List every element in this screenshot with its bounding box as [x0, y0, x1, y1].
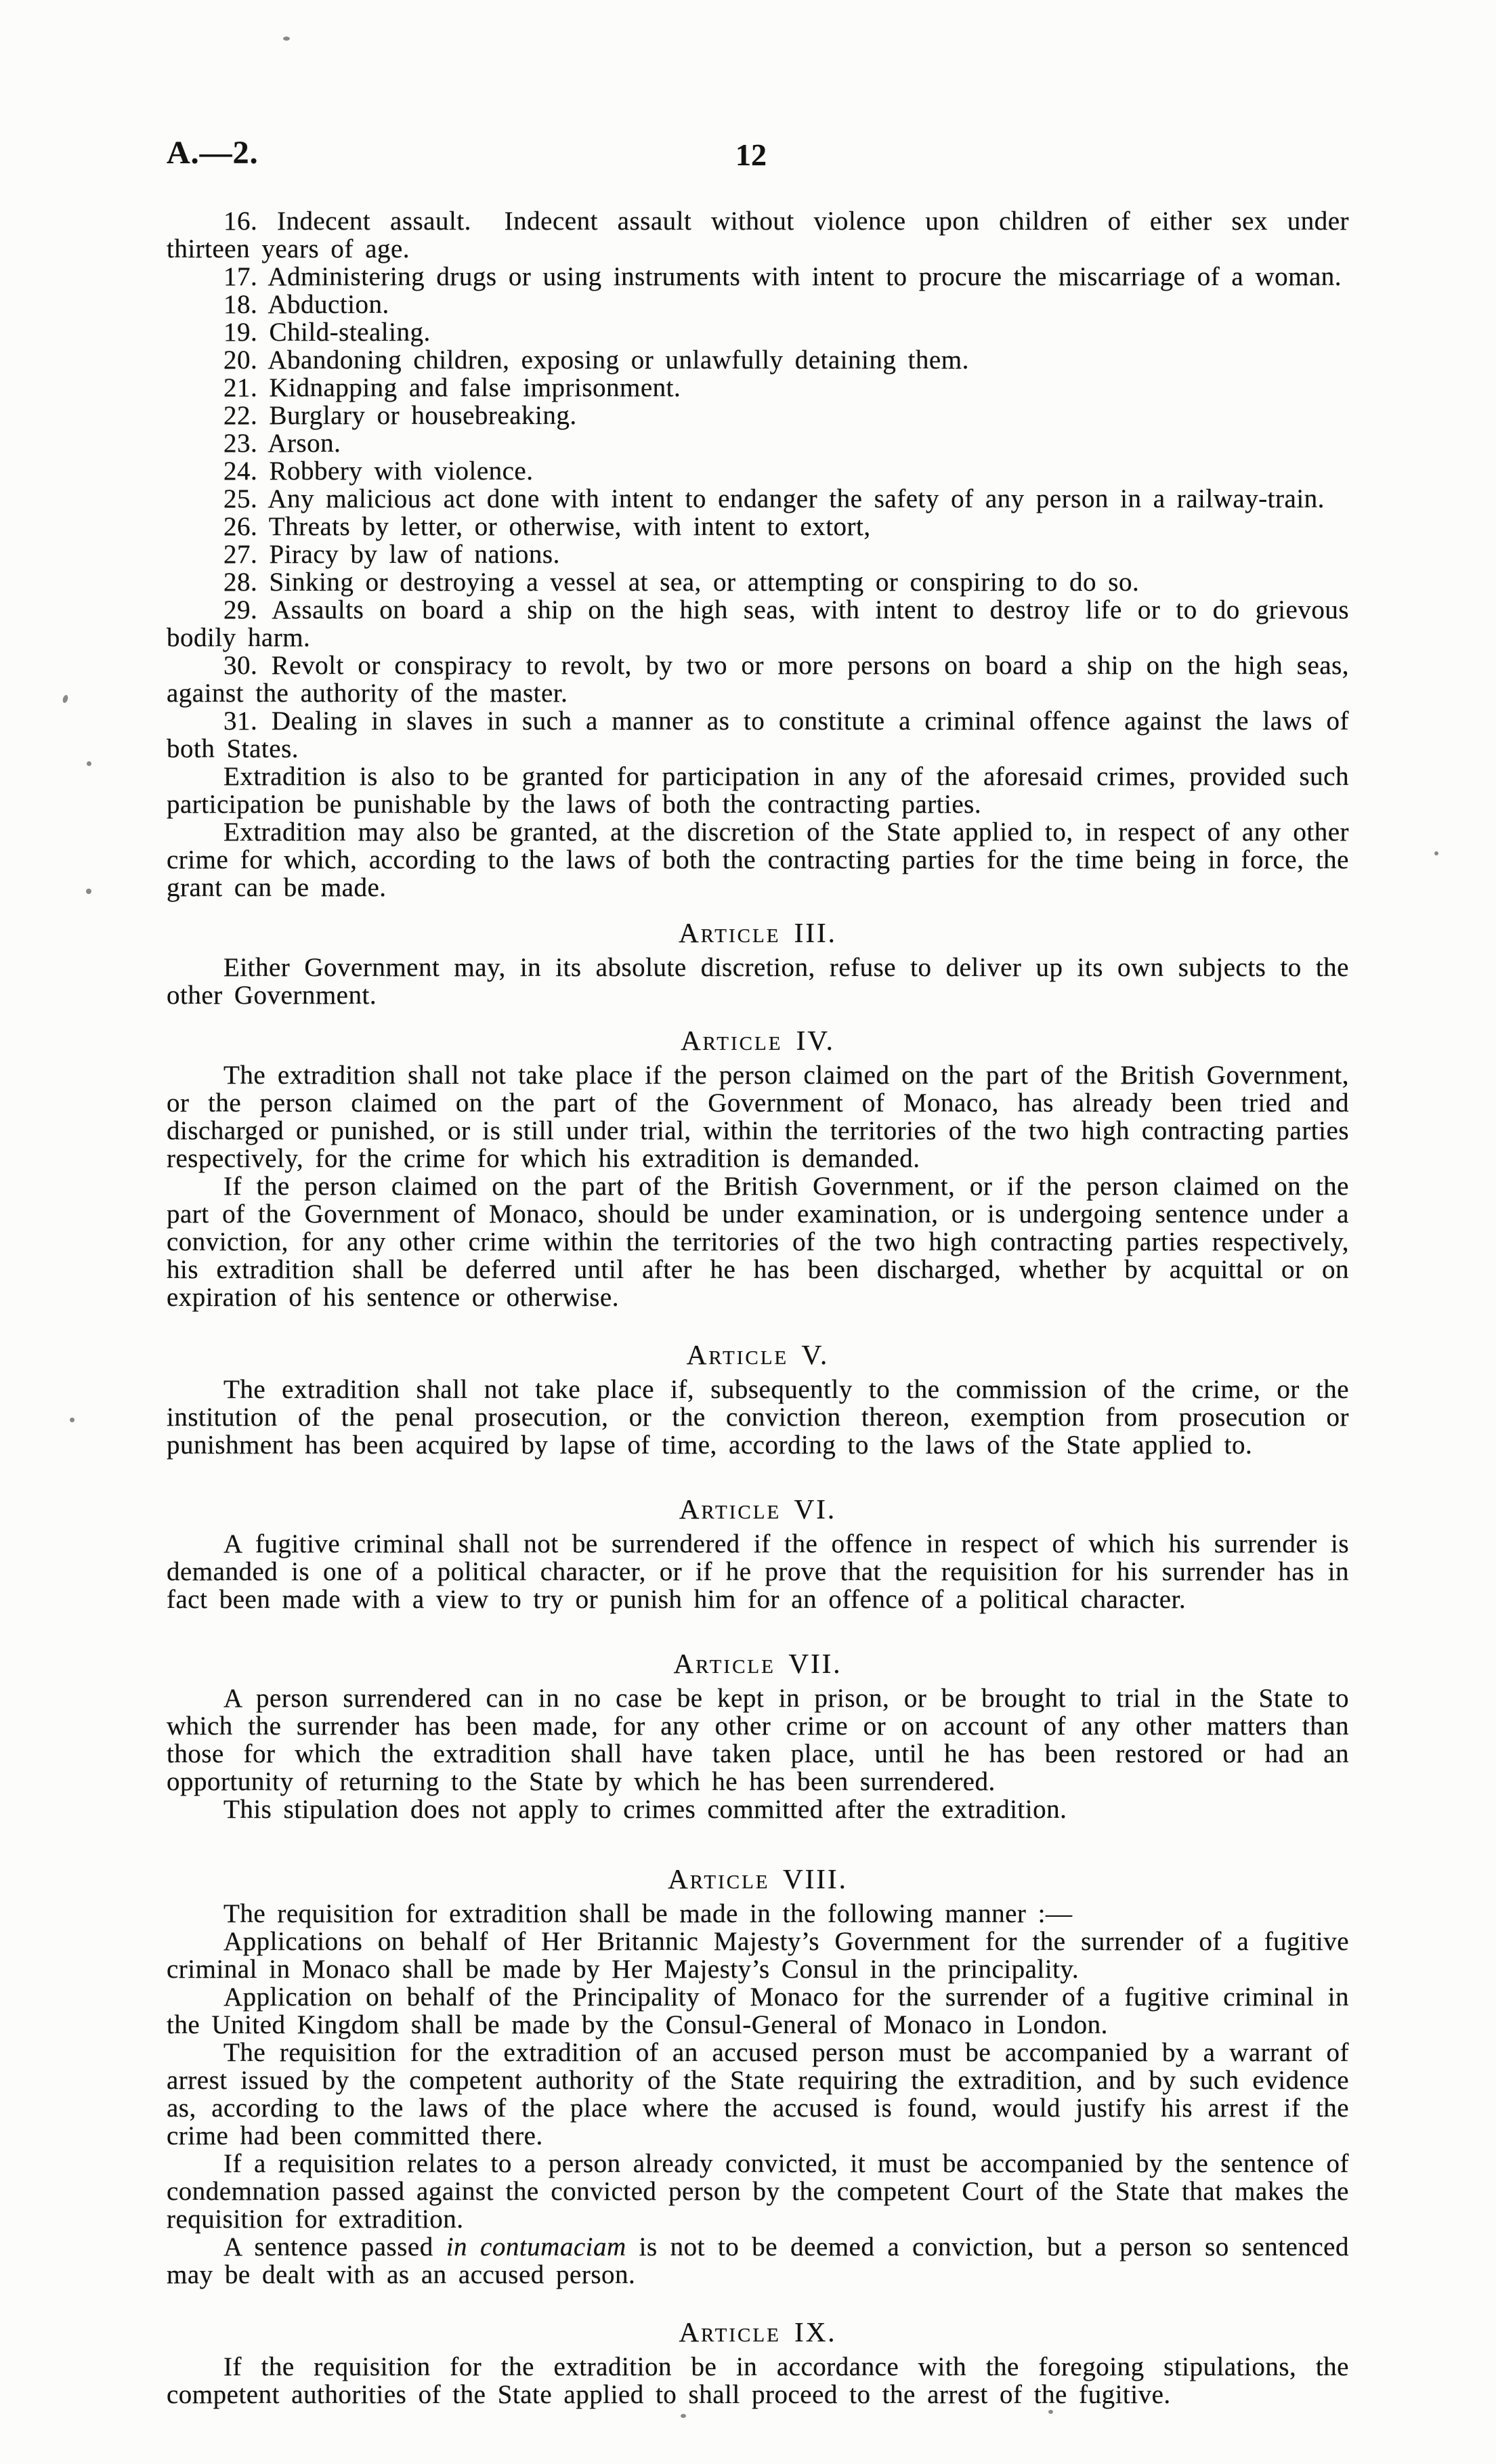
list-item-25: 25. Any malicious act done with intent t… — [167, 485, 1349, 513]
paragraph-participation: Extradition is also to be granted for pa… — [167, 763, 1349, 818]
list-item-17: 17. Administering drugs or using instrum… — [167, 263, 1349, 291]
article-vii-heading: Article VII. — [167, 1650, 1349, 1678]
list-item-21: 21. Kidnapping and false imprisonment. — [167, 374, 1349, 402]
article-viii-heading: Article VIII. — [167, 1865, 1349, 1893]
article-iv-heading: Article IV. — [167, 1027, 1349, 1055]
article-v-heading: Article V. — [167, 1341, 1349, 1369]
list-item-29: 29. Assaults on board a ship on the high… — [167, 596, 1349, 652]
article-vii-paragraph-2: This stipulation does not apply to crime… — [167, 1796, 1349, 1823]
list-item-20: 20. Abandoning children, exposing or unl… — [167, 346, 1349, 374]
article-ix-paragraph: If the requisition for the extradition b… — [167, 2353, 1349, 2408]
article-viii-paragraph-5: If a requisition relates to a person alr… — [167, 2150, 1349, 2233]
page-number: 12 — [735, 137, 767, 173]
list-item-24: 24. Robbery with violence. — [167, 457, 1349, 485]
list-item-28: 28. Sinking or destroying a vessel at se… — [167, 568, 1349, 596]
article-viii-paragraph-2: Applications on behalf of Her Britannic … — [167, 1928, 1349, 1983]
article-viii-paragraph-6: A sentence passed in contumaciam is not … — [167, 2233, 1349, 2289]
article-v-paragraph: The extradition shall not take place if,… — [167, 1376, 1349, 1459]
article-vi-heading: Article VI. — [167, 1495, 1349, 1523]
document-reference: A.—2. — [167, 134, 259, 171]
paragraph-discretionary-grant: Extradition may also be granted, at the … — [167, 818, 1349, 901]
scan-speck — [681, 2414, 686, 2418]
list-item-26: 26. Threats by letter, or otherwise, wit… — [167, 513, 1349, 540]
scan-speck — [1434, 851, 1438, 855]
scan-speck — [283, 37, 290, 41]
article-iii-heading: Article III. — [167, 919, 1349, 947]
latin-phrase: in contumaciam — [446, 2232, 626, 2261]
page-header: A.—2. 12 — [0, 134, 1496, 175]
scan-speck — [86, 889, 91, 894]
list-item-27: 27. Piracy by law of nations. — [167, 540, 1349, 568]
list-item-30: 30. Revolt or conspiracy to revolt, by t… — [167, 652, 1349, 707]
scan-speck — [62, 694, 68, 704]
article-viii-paragraph-4: The requisition for the extradition of a… — [167, 2039, 1349, 2150]
document-body: 16. Indecent assault. Indecent assault w… — [167, 207, 1349, 2408]
article-viii-paragraph-3: Application on behalf of the Principalit… — [167, 1983, 1349, 2039]
article-viii-paragraph-1: The requisition for extradition shall be… — [167, 1900, 1349, 1928]
article-vii-paragraph-1: A person surrendered can in no case be k… — [167, 1684, 1349, 1796]
scan-speck — [1048, 2410, 1053, 2414]
article-iv-paragraph-1: The extradition shall not take place if … — [167, 1061, 1349, 1172]
article-iii-paragraph: Either Government may, in its absolute d… — [167, 954, 1349, 1009]
list-item-19: 19. Child-stealing. — [167, 318, 1349, 346]
scan-speck — [70, 1418, 74, 1422]
article-vi-paragraph: A fugitive criminal shall not be surrend… — [167, 1530, 1349, 1613]
list-item-22: 22. Burglary or housebreaking. — [167, 402, 1349, 429]
list-item-16: 16. Indecent assault. Indecent assault w… — [167, 207, 1349, 263]
list-item-18: 18. Abduction. — [167, 291, 1349, 318]
sentence-prefix: A sentence passed — [223, 2232, 446, 2261]
article-ix-heading: Article IX. — [167, 2318, 1349, 2346]
list-item-23: 23. Arson. — [167, 429, 1349, 457]
scanned-document-page: A.—2. 12 16. Indecent assault. Indecent … — [0, 0, 1496, 2464]
list-item-31: 31. Dealing in slaves in such a manner a… — [167, 707, 1349, 763]
article-iv-paragraph-2: If the person claimed on the part of the… — [167, 1172, 1349, 1311]
scan-speck — [87, 761, 91, 766]
